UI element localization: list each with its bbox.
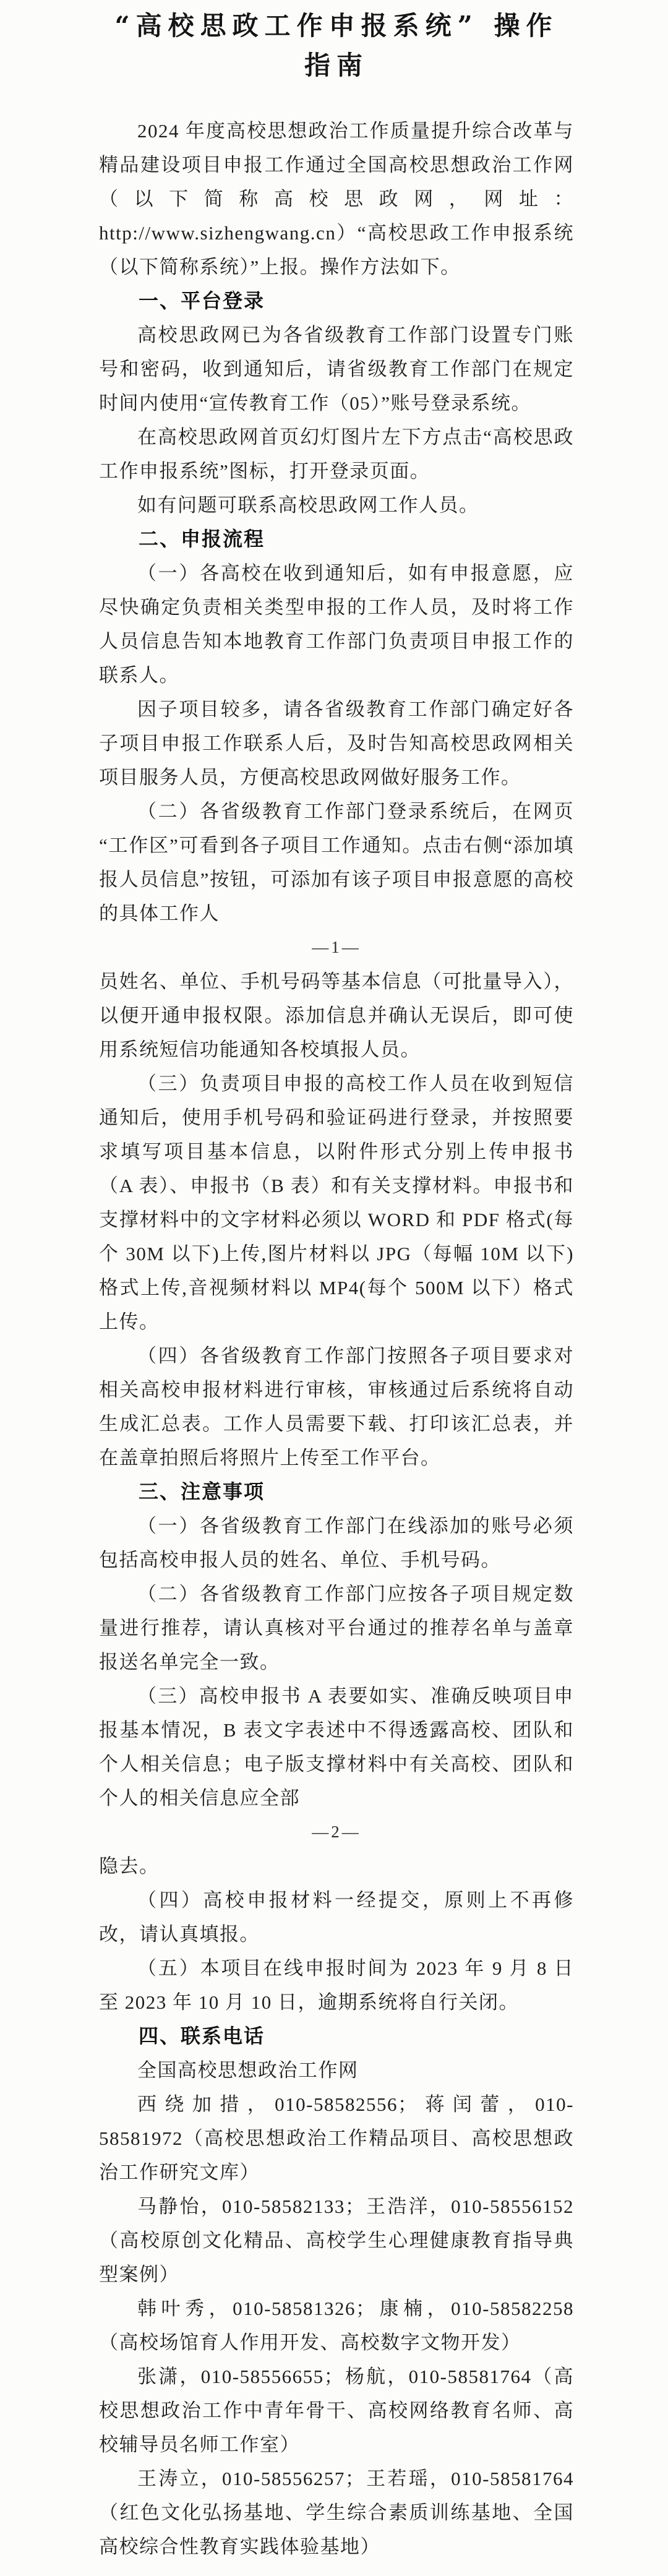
section-heading: 四、联系电话 — [99, 2019, 574, 2053]
section-heading: 二、申报流程 — [99, 522, 574, 556]
document-body: 2024 年度高校思想政治工作质量提升综合改革与精品建设项目申报工作通过全国高校… — [99, 114, 574, 2564]
paragraph: 如有问题可联系高校思政网工作人员。 — [99, 488, 574, 522]
paragraph: 2024 年度高校思想政治工作质量提升综合改革与精品建设项目申报工作通过全国高校… — [99, 114, 574, 284]
paragraph: （一）各省级教育工作部门在线添加的账号必须包括高校申报人员的姓名、单位、手机号码… — [99, 1509, 574, 1577]
paragraph: 因子项目较多，请各省级教育工作部门确定好各子项目申报工作联系人后，及时告知高校思… — [99, 692, 574, 794]
paragraph: 高校思政网已为各省级教育工作部门设置专门账号和密码，收到通知后，请省级教育工作部… — [99, 318, 574, 420]
paragraph: 马静怡，010-58582133；王浩洋，010-58556152（高校原创文化… — [99, 2189, 574, 2291]
document-title: “高校思政工作申报系统” 操作指南 — [99, 6, 574, 85]
paragraph: （五）本项目在线申报时间为 2023 年 9 月 8 日至 2023 年 10 … — [99, 1951, 574, 2019]
paragraph: （三）负责项目申报的高校工作人员在收到短信通知后，使用手机号码和验证码进行登录，… — [99, 1067, 574, 1339]
document-page: “高校思政工作申报系统” 操作指南 2024 年度高校思想政治工作质量提升综合改… — [0, 0, 668, 2576]
paragraph: 全国高校思想政治工作网 — [99, 2053, 574, 2087]
page-number: —1— — [99, 930, 574, 964]
paragraph: （三）高校申报书 A 表要如实、准确反映项目申报基本情况，B 表文字表述中不得透… — [99, 1679, 574, 1815]
paragraph: （二）各省级教育工作部门应按各子项目规定数量进行推荐，请认真核对平台通过的推荐名… — [99, 1577, 574, 1679]
paragraph: 韩叶秀，010-58581326；康楠，010-58582258（高校场馆育人作… — [99, 2291, 574, 2359]
page-number: —2— — [99, 1815, 574, 1849]
paragraph: （一）各高校在收到通知后，如有申报意愿，应尽快确定负责相关类型申报的工作人员，及… — [99, 556, 574, 692]
paragraph: 隐去。 — [99, 1849, 574, 1883]
paragraph: 在高校思政网首页幻灯图片左下方点击“高校思政工作申报系统”图标，打开登录页面。 — [99, 420, 574, 488]
paragraph: 员姓名、单位、手机号码等基本信息（可批量导入），以便开通申报权限。添加信息并确认… — [99, 964, 574, 1067]
section-heading: 一、平台登录 — [99, 284, 574, 318]
paragraph: 王涛立，010-58556257；王若瑶，010-58581764（红色文化弘扬… — [99, 2462, 574, 2564]
paragraph: （四）各省级教育工作部门按照各子项目要求对相关高校申报材料进行审核，审核通过后系… — [99, 1339, 574, 1475]
paragraph: 张潇，010-58556655；杨航，010-58581764（高校思想政治工作… — [99, 2359, 574, 2462]
paragraph: （四）高校申报材料一经提交，原则上不再修改，请认真填报。 — [99, 1883, 574, 1951]
paragraph: （二）各省级教育工作部门登录系统后，在网页“工作区”可看到各子项目工作通知。点击… — [99, 794, 574, 930]
paragraph: 西绕加措，010-58582556；蒋闰蕾，010-58581972（高校思想政… — [99, 2087, 574, 2189]
section-heading: 三、注意事项 — [99, 1475, 574, 1509]
